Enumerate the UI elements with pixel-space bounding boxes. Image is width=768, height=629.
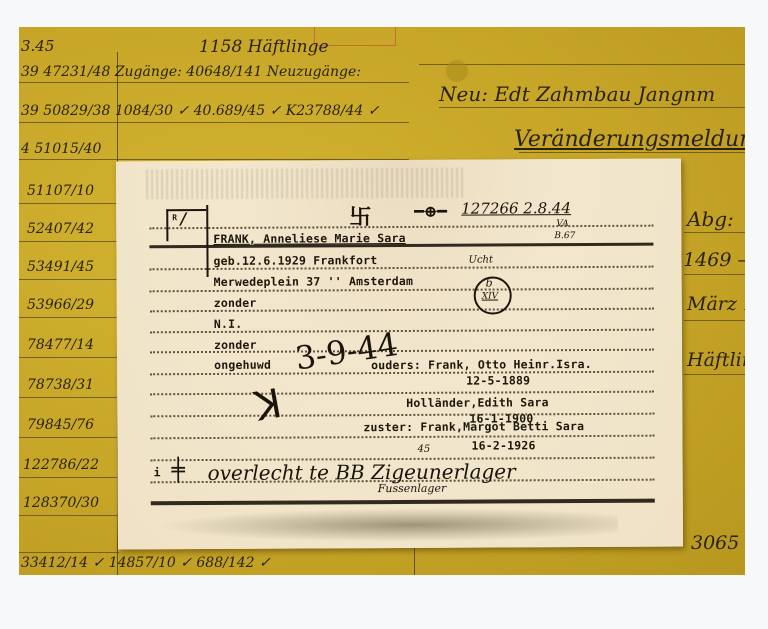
ledger-rule [519,152,745,153]
card-ni: N.I. [214,317,243,331]
ledger-date: 3.45 [21,37,54,55]
card-birth: geb.12.6.1929 Frankfort [213,253,377,268]
corner-box-letter: R [172,213,177,222]
ledger-bottom-row: 33412/14 ✓ 14857/10 ✓ 688/142 ✓ [21,555,271,571]
card-rule [149,225,653,230]
card-mother: Holländer,Edith Sara [406,395,549,410]
ledger-entry: 52407/42 [27,221,94,237]
card-name: FRANK, Anneliese Marie Sara [213,231,405,246]
hole-stain [446,60,468,82]
ledger-rule [684,274,745,275]
registration-card: R / 卐 ━⊕━ 127266 2.8.44 VA B.67 FRANK, A… [116,159,683,550]
ledger-rule [19,515,119,516]
stamp-sub-2: B.67 [554,231,575,241]
ledger-entry: 39 50829/38 1084/30 ✓ 40.689/45 ✓ K23788… [21,103,379,119]
ledger-right-item: Häftlinge [687,349,745,371]
ledger-entry: 53491/45 [27,259,94,275]
ledger-rule [684,232,745,233]
copy-smudge [158,507,618,543]
ledger-rule [19,317,119,318]
circle-mark-bottom: XIV [482,291,499,301]
ledger-right-title: Veränderungsmeldung [514,127,745,152]
ledger-rule [419,64,745,65]
footnote-marker: i [154,465,161,479]
card-profession: zonder [214,338,257,352]
ledger-rule [19,122,409,123]
cross-mark-icon: ╪ [172,457,185,483]
copy-noise [146,168,466,200]
struck-stamp: ━⊕━ [414,202,447,221]
circle-note: Ucht [468,255,493,266]
transfer-sup: 45 [417,444,430,455]
card-parents: ouders: Frank, Otto Heinr.Isra. [371,357,592,372]
card-sister: zuster: Frank,Margot Betti Sara [363,419,584,434]
corner-pen-stroke: / [180,209,186,228]
ledger-header-note: 1158 Häftlinge [199,37,329,57]
ledger-rule [684,374,745,375]
ledger-rule [439,107,745,108]
stamp-number: 127266 2.8.44 [461,199,571,218]
ledger-rule [19,357,119,358]
ledger-rule [19,279,119,280]
transfer-sub: Fussenlager [378,482,447,495]
card-rule [150,435,654,440]
ledger-rule [19,397,119,398]
card-religion: zonder [214,296,257,310]
corner-box-edge [206,205,208,277]
ledger-rule [19,552,119,553]
card-address: Merwedeplein 37 '' Amsterdam [214,274,414,289]
ledger-entry: 53966/29 [27,297,94,313]
circle-mark-top: b [486,277,493,290]
ledger-entry: 78477/14 [27,337,94,353]
ledger-entry: 4 51015/40 [21,141,101,157]
ledger-entry: 79845/76 [27,417,94,433]
card-sister-birth: 16-2-1926 [471,438,535,452]
ledger-rule [19,203,119,204]
ledger-entry: 51107/10 [27,183,94,199]
transfer-note: overlecht te BB Zigeunerlager [208,459,516,485]
card-rule [150,391,654,396]
ledger-rule [19,477,119,478]
ledger-rule [19,241,119,242]
pen-mark: ꓘ [251,381,285,431]
card-rule [150,413,654,418]
card-father-birth: 12-5-1889 [466,373,530,387]
card-marital: ongehuwd [214,358,271,372]
ledger-rule [19,82,409,83]
ledger-column-divider [414,547,415,575]
ledger-entry: 128370/30 [23,495,99,511]
ledger-rule [684,320,745,321]
ledger-rule [19,437,119,438]
ledger-entry: 122786/22 [23,457,99,473]
ledger-right-item: März 19 [687,293,745,315]
card-rule-heavy [151,499,655,506]
ledger-entry: 39 47231/48 Zugänge: 40648/141 Neuzugäng… [21,64,361,80]
ledger-right-item: 21469 – [671,249,745,271]
ledger-entry: 78738/31 [27,377,94,393]
ledger-right-item: Abg: [687,207,734,231]
ledger-right-item: 3065 [691,532,739,554]
ledger-right-header: Neu: Edt Zahmbau Jangnm [439,82,715,106]
